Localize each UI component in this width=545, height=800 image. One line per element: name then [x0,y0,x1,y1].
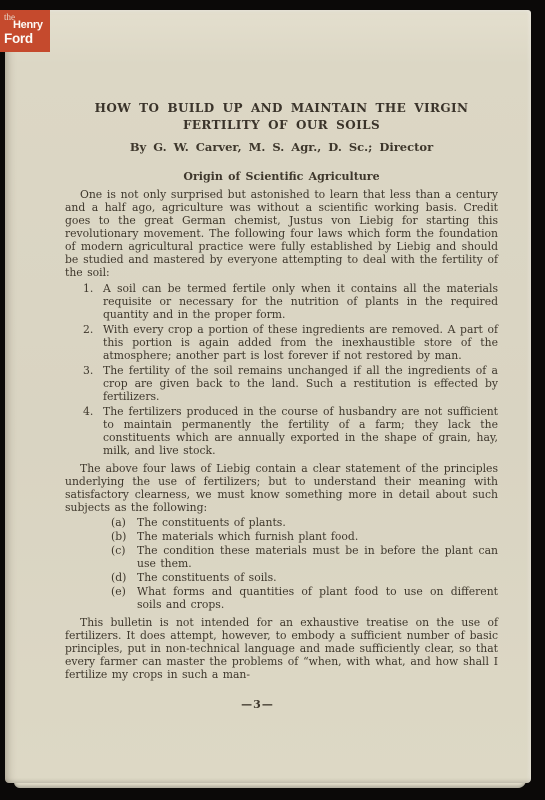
list-item-text: The constituents of soils. [137,571,498,584]
logo-text-henry: Henry [13,19,43,31]
list-item: (d) The constituents of soils. [65,571,498,584]
list-marker: (a) [111,516,137,529]
list-item: (b) The materials which furnish plant fo… [65,530,498,543]
list-marker: (e) [111,585,137,611]
list-item-text: What forms and quantities of plant food … [137,585,498,611]
list-item-text: The fertilizers produced in the course o… [103,405,498,457]
list-item: 2. With every crop a portion of these in… [65,323,498,362]
list-item: 4. The fertilizers produced in the cours… [65,405,498,457]
list-marker: 2. [83,323,103,362]
page-title: HOW TO BUILD UP AND MAINTAIN THE VIRGIN … [65,102,498,132]
list-item: 1. A soil can be termed fertile only whe… [65,282,498,321]
list-item-text: The fertility of the soil remains unchan… [103,364,498,403]
list-item: 3. The fertility of the soil remains unc… [65,364,498,403]
henry-ford-logo: the Henry Ford [0,10,50,52]
list-item-text: The constituents of plants. [137,516,498,529]
scan-background: HOW TO BUILD UP AND MAINTAIN THE VIRGIN … [0,0,545,800]
list-item: (c) The condition these materials must b… [65,544,498,570]
list-item-text: The materials which furnish plant food. [137,530,498,543]
list-marker: (b) [111,530,137,543]
section-heading: Origin of Scientific Agriculture [65,170,498,183]
document-page: HOW TO BUILD UP AND MAINTAIN THE VIRGIN … [5,10,531,783]
logo-text-ford: Ford [4,31,33,46]
list-marker: (c) [111,544,137,570]
list-marker: 1. [83,282,103,321]
list-item-text: The condition these materials must be in… [137,544,498,570]
paragraph-four-laws: The above four laws of Liebig contain a … [65,462,498,514]
list-marker: 3. [83,364,103,403]
liebig-laws-list: 1. A soil can be termed fertile only whe… [65,282,498,457]
list-item: (e) What forms and quantities of plant f… [65,585,498,611]
page-content: HOW TO BUILD UP AND MAINTAIN THE VIRGIN … [65,102,498,711]
page-number: —3— [41,698,474,711]
title-line-1: HOW TO BUILD UP AND MAINTAIN THE VIRGIN [65,102,498,115]
subjects-list: (a) The constituents of plants. (b) The … [65,516,498,611]
title-line-2: FERTILITY OF OUR SOILS [65,119,498,132]
byline: By G. W. Carver, M. S. Agr., D. Sc.; Dir… [65,141,498,154]
list-item-text: With every crop a portion of these ingre… [103,323,498,362]
list-item-text: A soil can be termed fertile only when i… [103,282,498,321]
paragraph-bulletin-purpose: This bulletin is not intended for an exh… [65,616,498,681]
paragraph-origin: One is not only surprised but astonished… [65,188,498,279]
list-marker: 4. [83,405,103,457]
list-item: (a) The constituents of plants. [65,516,498,529]
list-marker: (d) [111,571,137,584]
